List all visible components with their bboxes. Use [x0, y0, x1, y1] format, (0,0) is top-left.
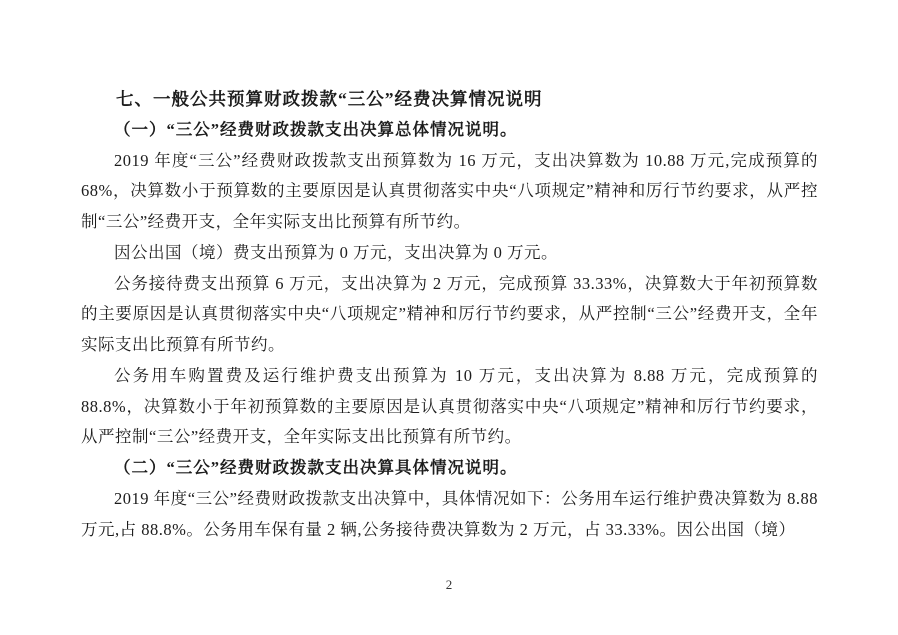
paragraph-vehicle-expense: 公务用车购置费及运行维护费支出预算为 10 万元，支出决算为 8.88 万元，完… — [81, 361, 818, 453]
paragraph-specific-details: 2019 年度“三公”经费财政拨款支出决算中，具体情况如下：公务用车运行维护费决… — [81, 484, 818, 546]
doc-title: 七、一般公共预算财政拨款“三公”经费决算情况说明 — [81, 84, 818, 115]
section-heading-1: （一）“三公”经费财政拨款支出决算总体情况说明。 — [81, 115, 818, 146]
paragraph-abroad-expense: 因公出国（境）费支出预算为 0 万元，支出决算为 0 万元。 — [81, 238, 818, 269]
page-number: 2 — [0, 577, 898, 593]
section-heading-2: （二）“三公”经费财政拨款支出决算具体情况说明。 — [81, 453, 818, 484]
document-page: 七、一般公共预算财政拨款“三公”经费决算情况说明 （一）“三公”经费财政拨款支出… — [0, 0, 898, 635]
paragraph-overall-sangong: 2019 年度“三公”经费财政拨款支出预算数为 16 万元，支出决算数为 10.… — [81, 146, 818, 238]
document-body: 七、一般公共预算财政拨款“三公”经费决算情况说明 （一）“三公”经费财政拨款支出… — [81, 84, 818, 545]
paragraph-reception-expense: 公务接待费支出预算 6 万元，支出决算为 2 万元，完成预算 33.33%，决算… — [81, 269, 818, 361]
